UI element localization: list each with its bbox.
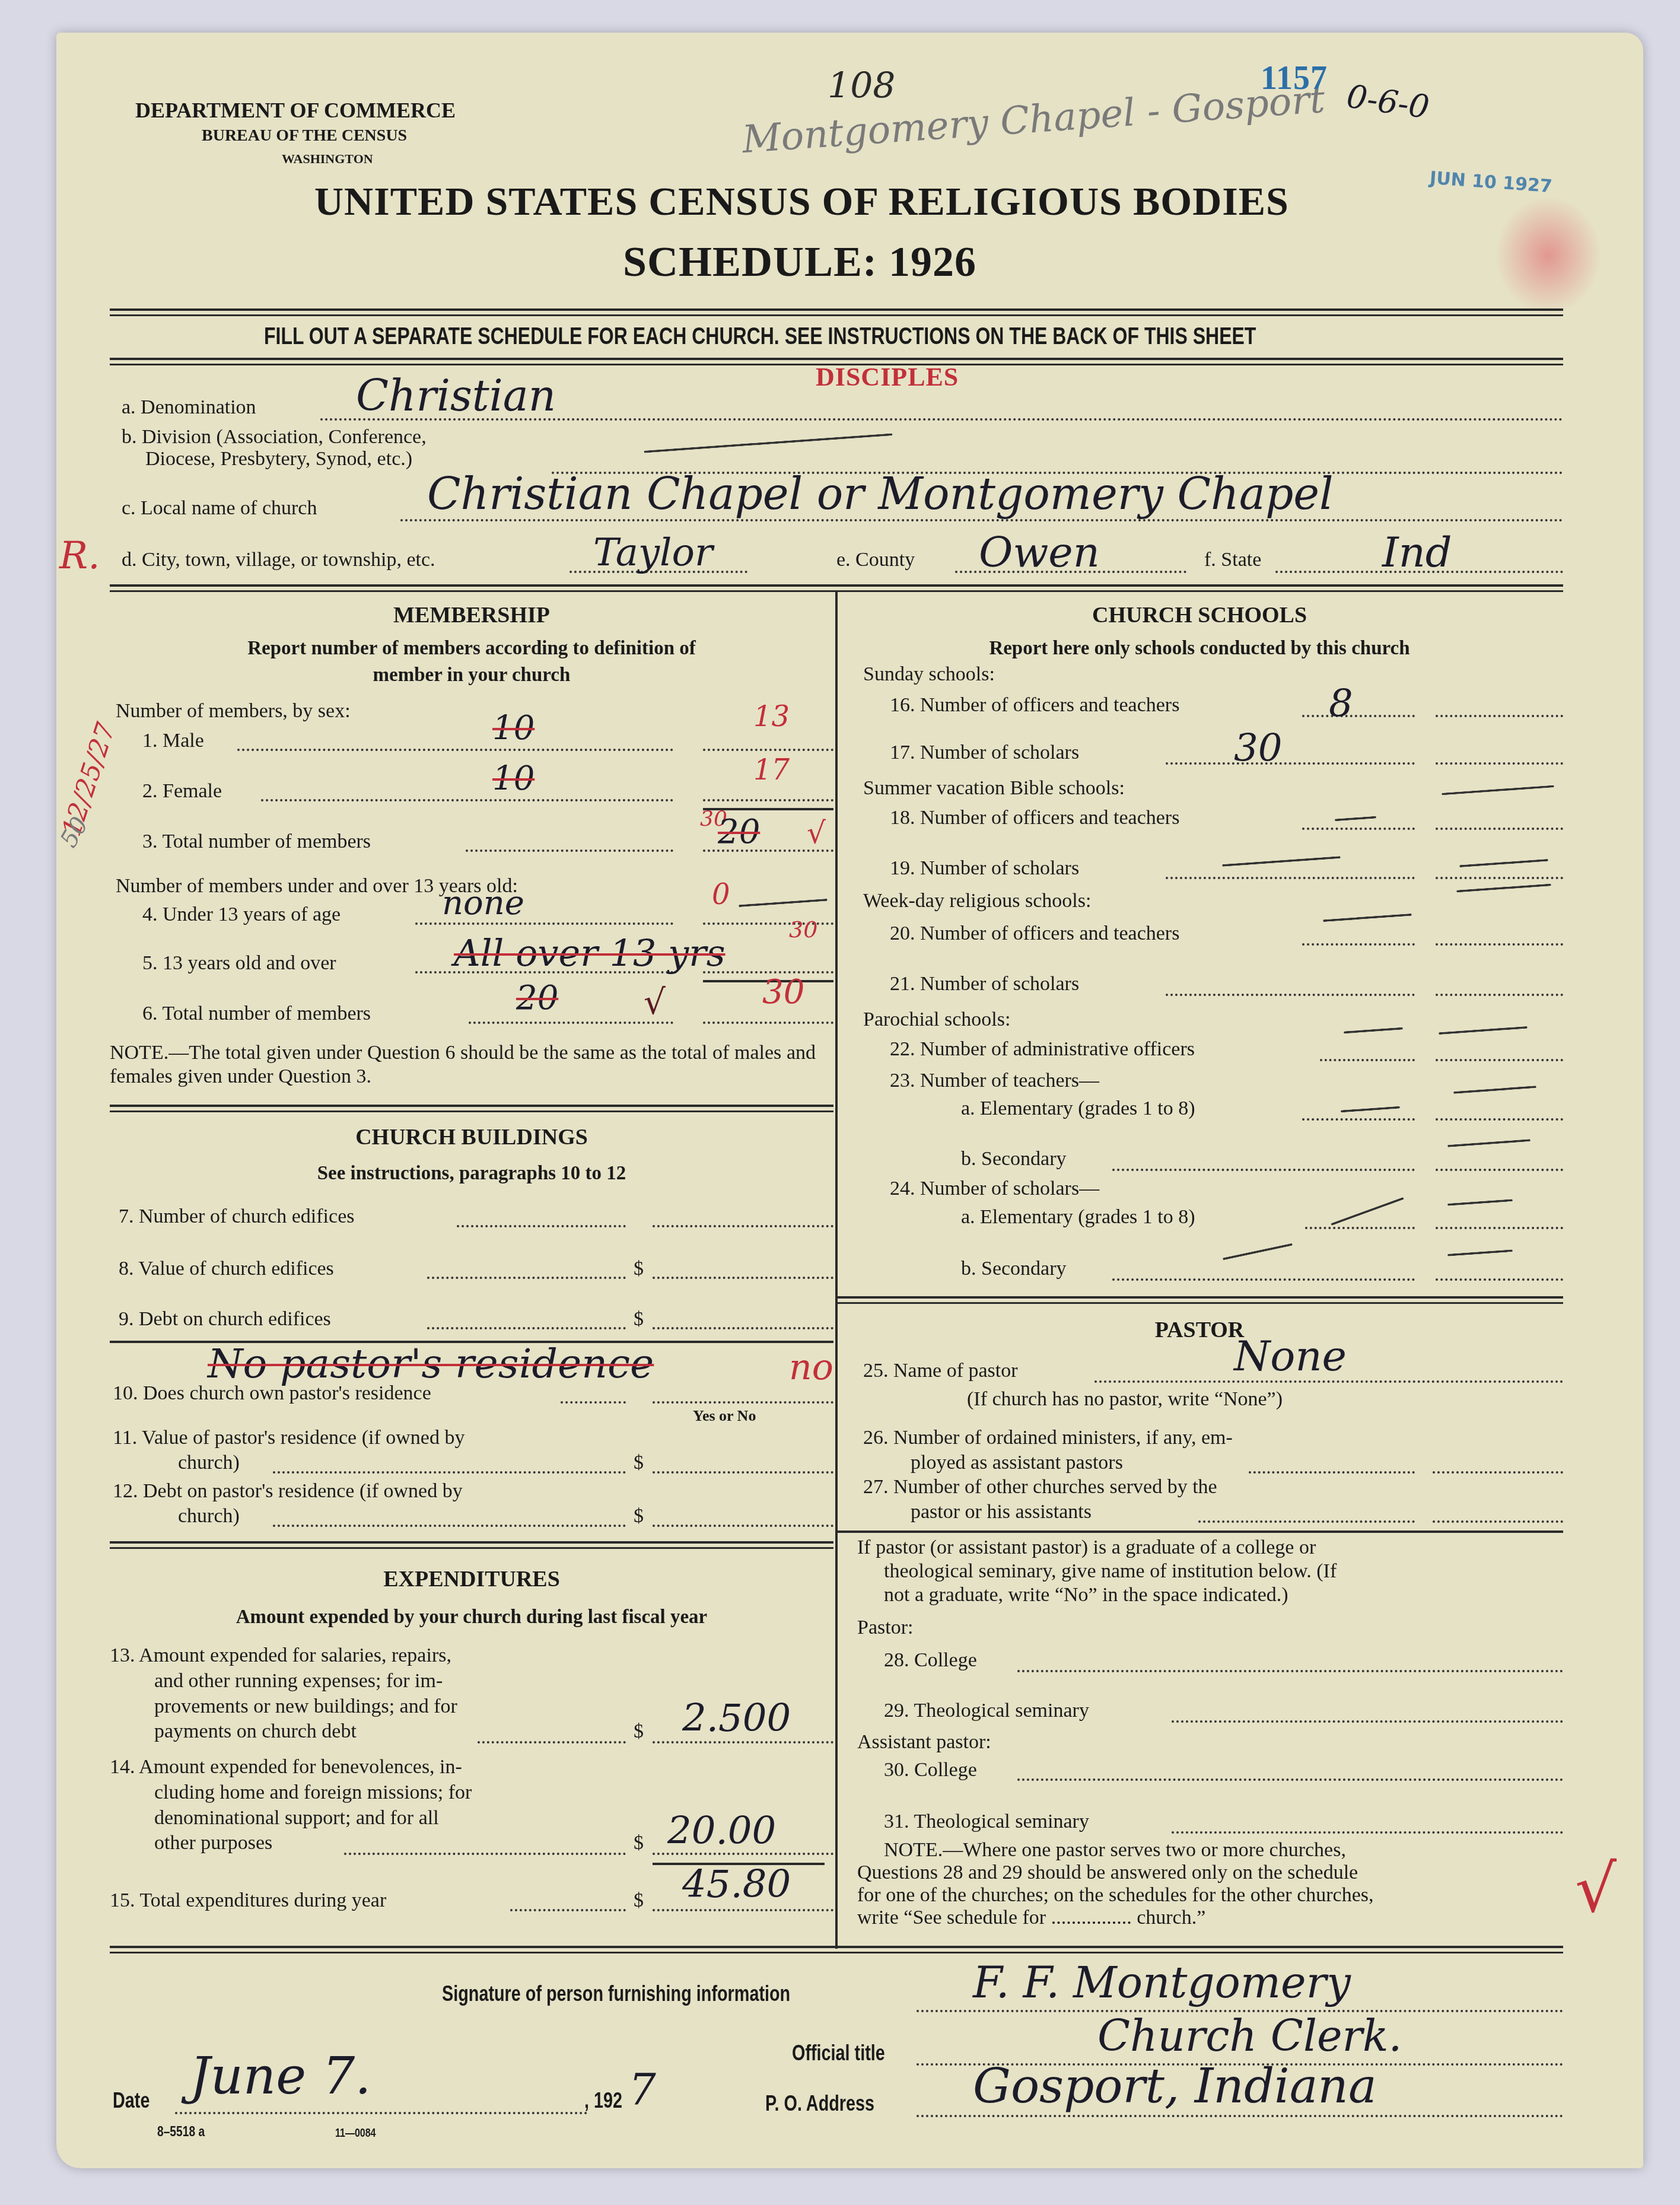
instruction-banner: FILL OUT A SEPARATE SCHEDULE FOR EACH CH… xyxy=(264,323,1256,350)
membership-title: MEMBERSHIP xyxy=(110,602,833,628)
q23a-label: a. Elementary (grades 1 to 8) xyxy=(961,1097,1195,1120)
q15-value[interactable]: 45.80 xyxy=(682,1863,791,1907)
q17-line-2 xyxy=(1436,762,1563,765)
under-13-label: 4. Under 13 years of age xyxy=(142,903,341,926)
red-check-mark: √ xyxy=(1575,1851,1617,1927)
female-value[interactable]: 10 xyxy=(492,759,534,798)
official-title-label: Official title xyxy=(792,2041,885,2066)
pastor-name-value[interactable]: None xyxy=(1234,1332,1347,1380)
residence-value-line xyxy=(273,1471,626,1474)
dollar-sign-q14: $ xyxy=(634,1832,644,1854)
q20-label: 20. Number of officers and teachers xyxy=(890,922,1179,945)
female-label: 2. Female xyxy=(142,780,222,803)
division-label-line2: Diocese, Presbytery, Synod, etc.) xyxy=(145,448,412,470)
q22-line-2 xyxy=(1436,1059,1563,1061)
under-13-correction: 0 xyxy=(712,878,730,911)
total-members-6-label: 6. Total number of members xyxy=(142,1003,371,1025)
q24b-label: b. Secondary xyxy=(961,1258,1067,1280)
q27-label-1: 27. Number of other churches served by t… xyxy=(863,1476,1217,1498)
edifices-number-line-2 xyxy=(653,1225,833,1227)
pastor-name-line xyxy=(1094,1380,1563,1383)
dollar-sign-q11: $ xyxy=(634,1452,644,1474)
q30-label: 30. College xyxy=(884,1759,977,1781)
q19-line xyxy=(1166,877,1415,879)
pastor-name-hint: (If church has no pastor, write “None”) xyxy=(967,1388,1283,1411)
residence-line-2 xyxy=(653,1401,833,1404)
q13-line-1: 13. Amount expended for salaries, repair… xyxy=(110,1644,451,1667)
q24a-label: a. Elementary (grades 1 to 8) xyxy=(961,1206,1195,1229)
residence-debt-label-2: church) xyxy=(178,1505,240,1528)
edifices-value-line xyxy=(427,1277,626,1279)
buildings-bottom-divider xyxy=(110,1541,833,1544)
schools-title: CHURCH SCHOOLS xyxy=(838,602,1561,628)
pastor-heading: Pastor: xyxy=(857,1617,913,1639)
male-correction: 13 xyxy=(753,700,790,733)
q15-line xyxy=(510,1909,626,1911)
parochial-schools-heading: Parochial schools: xyxy=(863,1008,1010,1031)
male-line xyxy=(237,749,673,751)
file-number-stamp: 1157 xyxy=(1261,59,1328,97)
edifices-debt-label: 9. Debt on church edifices xyxy=(119,1308,331,1331)
q22-label: 22. Number of administrative officers xyxy=(890,1038,1195,1061)
male-label: 1. Male xyxy=(142,730,204,752)
under-13-line xyxy=(415,922,673,925)
q18-line-2 xyxy=(1436,828,1563,830)
residence-value-label-2: church) xyxy=(178,1452,240,1474)
edifices-number-label: 7. Number of church edifices xyxy=(119,1205,354,1228)
q26-label-1: 26. Number of ordained ministers, if any… xyxy=(863,1427,1233,1449)
q23-label: 23. Number of teachers— xyxy=(890,1070,1099,1092)
q24b-line xyxy=(1112,1278,1415,1281)
total-members-label: 3. Total number of members xyxy=(142,831,371,853)
expenditures-subtitle: Amount expended by your church during la… xyxy=(110,1606,833,1628)
dollar-sign-q13: $ xyxy=(634,1720,644,1743)
column-divider xyxy=(835,590,838,1949)
q27-line-2 xyxy=(1433,1520,1563,1523)
q14-line-2: cluding home and foreign missions; for xyxy=(154,1781,472,1804)
q26-line-2 xyxy=(1433,1471,1563,1474)
q16-line-2 xyxy=(1436,715,1563,717)
sunday-schools-heading: Sunday schools: xyxy=(863,663,995,686)
grad-intro-3: not a graduate, write “No” in the space … xyxy=(884,1584,1288,1606)
q13-value[interactable]: 2.500 xyxy=(682,1697,791,1741)
division-label-line1: b. Division (Association, Conference, xyxy=(122,426,427,448)
edifices-value-label: 8. Value of church edifices xyxy=(119,1258,334,1280)
signature-value[interactable]: F. F. Montgomery xyxy=(973,1958,1351,2007)
q23b-line xyxy=(1112,1169,1415,1171)
grad-intro-2: theological seminary, give name of insti… xyxy=(884,1560,1337,1583)
dollar-sign-q8: $ xyxy=(634,1258,644,1280)
q13-line-2: and other running expenses; for im- xyxy=(154,1670,443,1692)
pastor-note-1: NOTE.—Where one pastor serves two or mor… xyxy=(884,1839,1346,1862)
q14-value[interactable]: 20.00 xyxy=(667,1809,776,1853)
census-schedule-sheet xyxy=(56,33,1643,2168)
pastor-note-3: for one of the churches; on the schedule… xyxy=(857,1884,1373,1907)
denomination-value[interactable]: Christian xyxy=(356,371,556,421)
po-address-value[interactable]: Gosport, Indiana xyxy=(973,2058,1377,2114)
q23a-line-2 xyxy=(1436,1118,1563,1121)
schools-subtitle: Report here only schools conducted by th… xyxy=(838,638,1561,660)
under-13-value[interactable]: none xyxy=(442,884,524,922)
q14-line-4: other purposes xyxy=(154,1832,272,1854)
bureau-label: BUREAU OF THE CENSUS xyxy=(202,126,407,145)
q17-value[interactable]: 30 xyxy=(1234,727,1282,771)
q14-line-3: denominational support; and for all xyxy=(154,1807,439,1829)
q19-label: 19. Number of scholars xyxy=(890,857,1079,880)
no-residence-note: No pastor's residence xyxy=(208,1341,654,1388)
po-address-line xyxy=(917,2115,1563,2117)
q20-line-2 xyxy=(1436,943,1563,946)
q14-line xyxy=(344,1853,626,1855)
pencil-number: 108 xyxy=(828,65,896,107)
header-divider xyxy=(110,308,1563,311)
city-label: WASHINGTON xyxy=(282,151,373,167)
expenditures-title: EXPENDITURES xyxy=(110,1566,833,1592)
city-label: d. City, town, village, or township, etc… xyxy=(122,549,435,571)
q13-line xyxy=(478,1741,626,1743)
red-r-mark: R. xyxy=(59,534,100,578)
weekday-schools-heading: Week-day religious schools: xyxy=(863,890,1091,912)
county-label: e. County xyxy=(836,549,915,571)
female-line-2 xyxy=(703,799,833,801)
q27-line xyxy=(1198,1520,1415,1523)
denomination-label: a. Denomination xyxy=(122,396,256,419)
q30-line xyxy=(1017,1778,1563,1781)
grad-intro-1: If pastor (or assistant pastor) is a gra… xyxy=(857,1536,1316,1559)
local-name-label: c. Local name of church xyxy=(122,497,317,520)
instruction-divider xyxy=(110,358,1563,360)
q15-line-2-dots xyxy=(653,1909,833,1911)
state-label: f. State xyxy=(1204,549,1261,571)
q28-line xyxy=(1017,1670,1563,1672)
check-mark-q6: √ xyxy=(644,982,666,1022)
signature-label: Signature of person furnishing informati… xyxy=(442,1981,790,2006)
q13-line-3: provements or new buildings; and for xyxy=(154,1695,457,1718)
q16-value[interactable]: 8 xyxy=(1329,682,1353,726)
year-digit[interactable]: 7 xyxy=(629,2064,656,2114)
residence-label: 10. Does church own pastor's residence xyxy=(113,1382,431,1405)
print-number: 11—0084 xyxy=(335,2127,376,2140)
local-name-value[interactable]: Christian Chapel or Montgomery Chapel xyxy=(427,469,1334,520)
official-title-value[interactable]: Church Clerk. xyxy=(1097,2011,1402,2061)
pastor-note-2: Questions 28 and 29 should be answered o… xyxy=(857,1862,1358,1884)
edifices-debt-line xyxy=(427,1327,626,1329)
residence-debt-label-1: 12. Debt on pastor's residence (if owned… xyxy=(113,1480,463,1503)
city-value[interactable]: Taylor xyxy=(593,531,713,575)
q19-line-2 xyxy=(1436,877,1563,879)
q28-label: 28. College xyxy=(884,1649,977,1672)
q18-line xyxy=(1302,828,1415,830)
dollar-sign-q12: $ xyxy=(634,1505,644,1528)
q20-line xyxy=(1302,943,1415,946)
edifices-value-line-2 xyxy=(653,1277,833,1279)
check-mark-q3: √ xyxy=(807,816,826,850)
yes-no-hint: Yes or No xyxy=(693,1407,756,1425)
female-line xyxy=(261,799,673,801)
residence-answer[interactable]: no xyxy=(789,1347,833,1388)
assistant-heading: Assistant pastor: xyxy=(857,1731,991,1754)
dollar-sign-q9: $ xyxy=(634,1308,644,1331)
pastor-divider xyxy=(838,1531,1563,1533)
q14-line-1: 14. Amount expended for benevolences, in… xyxy=(110,1756,462,1778)
disciples-stamp: DISCIPLES xyxy=(816,362,959,392)
schedule-year: SCHEDULE: 1926 xyxy=(623,237,976,287)
pastor-name-label: 25. Name of pastor xyxy=(863,1360,1018,1382)
pastor-title: PASTOR xyxy=(838,1317,1561,1343)
footer-divider xyxy=(110,1946,1563,1948)
membership-subtitle-2: member in your church xyxy=(110,664,833,686)
q26-line xyxy=(1249,1471,1415,1474)
q24b-line-2 xyxy=(1436,1278,1563,1281)
date-line xyxy=(175,2112,587,2114)
q23b-label: b. Secondary xyxy=(961,1148,1067,1170)
q31-label: 31. Theological seminary xyxy=(884,1811,1089,1833)
q13-line-2-dots xyxy=(653,1741,833,1743)
male-value[interactable]: 10 xyxy=(492,709,534,747)
residence-debt-line xyxy=(273,1525,626,1527)
department-label: DEPARTMENT OF COMMERCE xyxy=(135,98,456,123)
q29-label: 29. Theological seminary xyxy=(884,1700,1089,1722)
residence-line xyxy=(561,1401,626,1404)
residence-value-line-2 xyxy=(653,1471,833,1474)
total-members-6-value[interactable]: 20 xyxy=(516,979,558,1017)
q16-line xyxy=(1302,715,1415,717)
q24a-line-2 xyxy=(1436,1227,1563,1229)
by-sex-label: Number of members, by sex: xyxy=(116,700,351,723)
over-13-label: 5. 13 years old and over xyxy=(142,952,336,975)
residence-debt-line-2 xyxy=(653,1525,833,1527)
state-value[interactable]: Ind xyxy=(1382,528,1452,577)
total-members-6-correction: 30 xyxy=(762,973,804,1011)
total-members-line xyxy=(466,849,673,852)
residence-value-label-1: 11. Value of pastor's residence (if owne… xyxy=(113,1427,464,1449)
date-label: Date xyxy=(113,2088,149,2113)
county-value[interactable]: Owen xyxy=(979,528,1100,577)
q23a-line xyxy=(1302,1118,1415,1121)
buildings-title: CHURCH BUILDINGS xyxy=(110,1124,833,1150)
total-members-value[interactable]: 20 xyxy=(718,813,760,851)
date-value[interactable]: June 7. xyxy=(190,2047,371,2106)
q31-line xyxy=(1172,1831,1563,1834)
over-13-correction: 30 xyxy=(789,917,817,943)
q24-label: 24. Number of scholars— xyxy=(890,1178,1099,1200)
q18-label: 18. Number of officers and teachers xyxy=(890,807,1179,829)
year-prefix: , 192 xyxy=(584,2088,622,2113)
male-line-2 xyxy=(703,749,833,751)
buildings-subtitle: See instructions, paragraphs 10 to 12 xyxy=(110,1163,833,1185)
q21-label: 21. Number of scholars xyxy=(890,973,1079,995)
q22-line xyxy=(1320,1059,1415,1061)
schools-divider xyxy=(838,1296,1563,1299)
form-title: UNITED STATES CENSUS OF RELIGIOUS BODIES xyxy=(314,178,1289,225)
red-ink-stain xyxy=(1495,196,1602,314)
q23b-line-2 xyxy=(1436,1169,1563,1171)
q15-label: 15. Total expenditures during year xyxy=(110,1889,386,1912)
po-address-label: P. O. Address xyxy=(765,2091,874,2116)
q27-label-2: pastor or his assistants xyxy=(911,1501,1092,1523)
q24a-line xyxy=(1305,1227,1415,1229)
q29-line xyxy=(1172,1720,1563,1723)
q17-label: 17. Number of scholars xyxy=(890,742,1079,764)
edifices-number-line xyxy=(457,1225,626,1227)
q26-label-2: ployed as assistant pastors xyxy=(911,1452,1123,1474)
q17-line xyxy=(1166,762,1415,765)
q21-line xyxy=(1166,994,1415,996)
q21-line-2 xyxy=(1436,994,1563,996)
q16-label: 16. Number of officers and teachers xyxy=(890,694,1179,717)
female-correction: 17 xyxy=(753,753,790,787)
identification-divider xyxy=(110,584,1563,587)
q13-line-4: payments on church debt xyxy=(154,1720,357,1743)
dollar-sign-q15: $ xyxy=(634,1889,644,1912)
pastor-note-4: write “See schedule for ................… xyxy=(857,1907,1205,1929)
total-members-6-line xyxy=(469,1022,673,1024)
total-members-6-line-2 xyxy=(703,1022,833,1024)
membership-note: NOTE.—The total given under Question 6 s… xyxy=(110,1041,816,1089)
form-number: 8–5518 a xyxy=(157,2124,205,2140)
membership-subtitle-1: Report number of members according to de… xyxy=(110,638,833,660)
membership-divider xyxy=(110,1105,833,1107)
over-13-value[interactable]: All over 13 yrs xyxy=(454,931,726,975)
edifices-debt-line-2 xyxy=(653,1327,833,1329)
summer-schools-heading: Summer vacation Bible schools: xyxy=(863,777,1125,800)
